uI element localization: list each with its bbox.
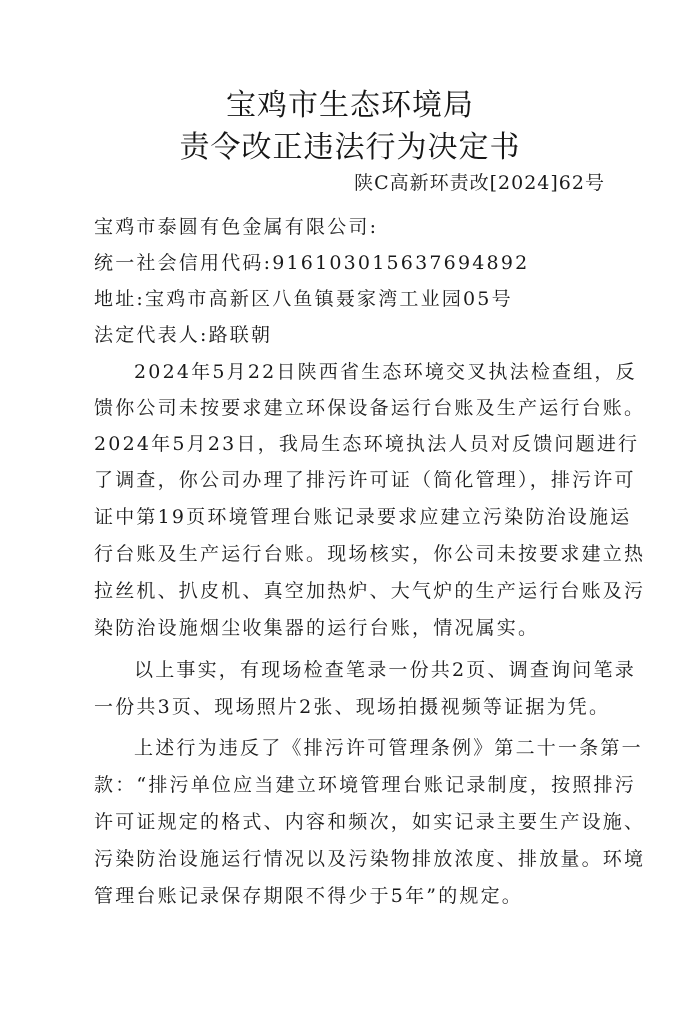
- legal-representative-row: 法定代表人:路联朝: [94, 320, 609, 347]
- paragraph-line: 款：“排污单位应当建立环境管理台账记录制度，按照排污: [94, 770, 609, 797]
- paragraph-line: 污染防治设施运行情况以及污染物排放浓度、排放量。环境: [94, 844, 609, 871]
- paragraph-line: 2024年5月22日陕西省生态环境交叉执法检查组，反: [134, 357, 609, 384]
- address-value: 宝鸡市高新区八鱼镇聂家湾工业园05号: [145, 288, 513, 310]
- recipient-name: 宝鸡市泰圆有色金属有限公司:: [94, 212, 609, 239]
- paragraph-line: 2024年5月23日，我局生态环境执法人员对反馈问题进行: [94, 429, 609, 456]
- paragraph-line: 一份共3页、现场照片2张、现场拍摄视频等证据为凭。: [94, 692, 609, 719]
- paragraph-line: 管理台账记录保存期限不得少于5年”的规定。: [94, 881, 609, 908]
- credit-code-value: 916103015637694892: [272, 252, 529, 274]
- legal-representative-value: 路联朝: [209, 324, 273, 346]
- address-row: 地址:宝鸡市高新区八鱼镇聂家湾工业园05号: [94, 284, 609, 311]
- document-page: 宝鸡市生态环境局 责令改正违法行为决定书 陕C高新环责改[2024]62号 宝鸡…: [0, 0, 700, 1029]
- paragraph-line: 馈你公司未按要求建立环保设备运行台账及生产运行台账。: [94, 393, 609, 420]
- paragraph-line: 了调查，你公司办理了排污许可证（简化管理），排污许可: [94, 465, 609, 492]
- paragraph-line: 行台账及生产运行台账。现场核实，你公司未按要求建立热: [94, 539, 609, 566]
- document-type-title: 责令改正违法行为决定书: [0, 122, 700, 166]
- paragraph-line: 证中第19页环境管理台账记录要求应建立污染防治设施运: [94, 502, 609, 529]
- legal-representative-label: 法定代表人:: [94, 324, 209, 346]
- credit-code-row: 统一社会信用代码:916103015637694892: [94, 248, 609, 275]
- paragraph-line: 染防治设施烟尘收集器的运行台账，情况属实。: [94, 613, 609, 640]
- paragraph-line: 以上事实，有现场检查笔录一份共2页、调查询问笔录: [134, 655, 609, 682]
- issuing-agency-title: 宝鸡市生态环境局: [0, 80, 700, 124]
- document-number: 陕C高新环责改[2024]62号: [354, 168, 605, 195]
- credit-code-label: 统一社会信用代码:: [94, 252, 272, 274]
- paragraph-line: 拉丝机、扒皮机、真空加热炉、大气炉的生产运行台账及污: [94, 576, 609, 603]
- paragraph-line: 上述行为违反了《排污许可管理条例》第二十一条第一: [134, 733, 609, 760]
- address-label: 地址:: [94, 288, 145, 310]
- paragraph-line: 许可证规定的格式、内容和频次，如实记录主要生产设施、: [94, 807, 609, 834]
